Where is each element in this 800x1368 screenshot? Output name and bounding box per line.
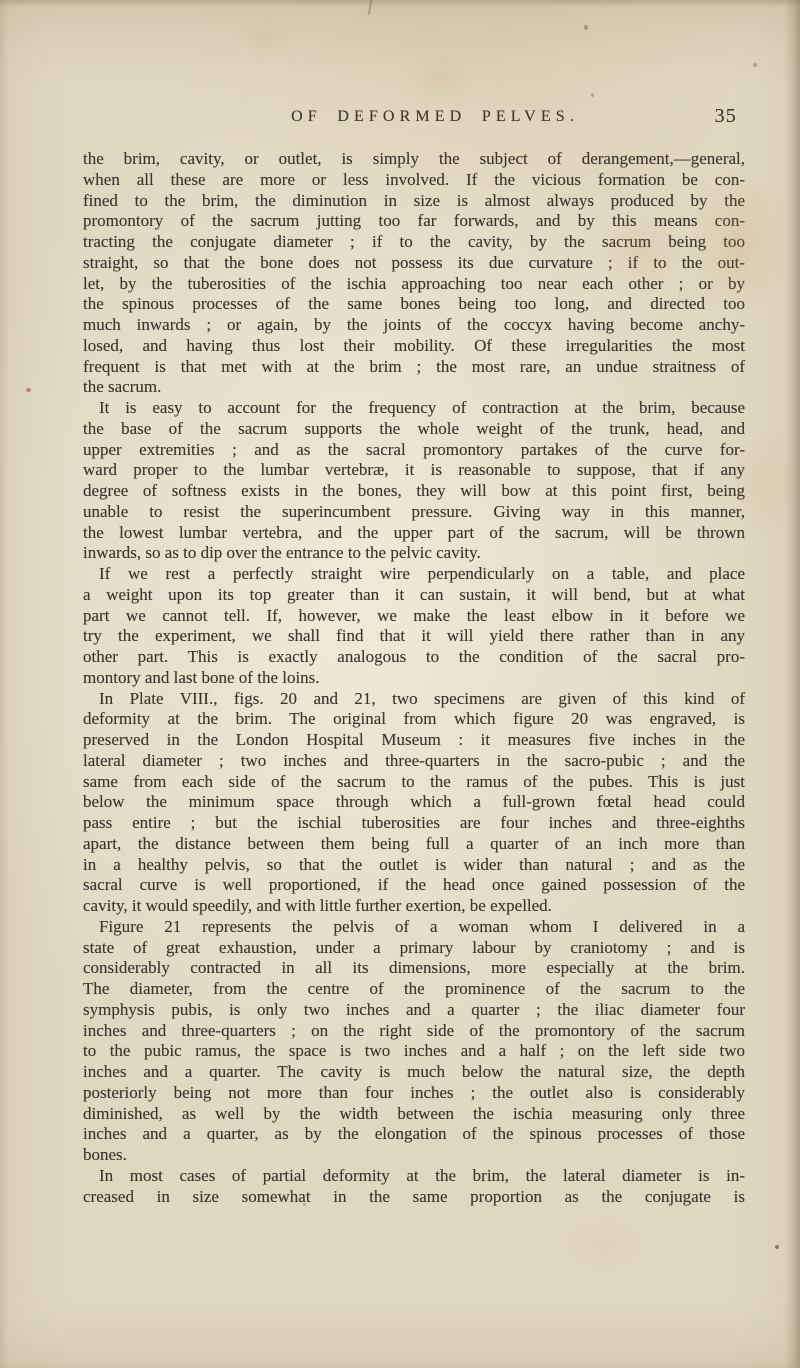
ink-speck (591, 93, 594, 97)
text-line: a weight upon its top greater than it ca… (83, 585, 745, 606)
text-line: pass entire ; but the ischial tuberositi… (83, 813, 745, 834)
text-line: inches and a quarter, as by the elongati… (83, 1124, 745, 1145)
running-header-title: OF DEFORMED PELVES. (83, 108, 745, 126)
book-page-scan: OF DEFORMED PELVES. 35 the brim, cavity,… (0, 0, 800, 1368)
text-line: bones. (83, 1145, 745, 1166)
text-line: montory and last bone of the loins. (83, 668, 745, 689)
text-line: when all these are more or less involved… (83, 170, 745, 191)
text-line: In Plate VIII., figs. 20 and 21, two spe… (83, 689, 745, 710)
text-line: sacral curve is well proportioned, if th… (83, 875, 745, 896)
text-line: the sacrum. (83, 377, 745, 398)
text-line: same from each side of the sacrum to the… (83, 772, 745, 793)
text-line: creased in size somewhat in the same pro… (83, 1187, 745, 1208)
text-line: deformity at the brim. The original from… (83, 709, 745, 730)
text-line: considerably contracted in all its dimen… (83, 958, 745, 979)
text-line: upper extremities ; and as the sacral pr… (83, 440, 745, 461)
text-line: inwards, so as to dip over the entrance … (83, 543, 745, 564)
text-line: part we cannot tell. If, however, we mak… (83, 606, 745, 627)
text-line: tracting the conjugate diameter ; if to … (83, 232, 745, 253)
ink-speck (26, 388, 31, 392)
ink-speck (753, 63, 757, 67)
text-line: posteriorly being not more than four inc… (83, 1083, 745, 1104)
text-line: much inwards ; or again, by the joints o… (83, 315, 745, 336)
text-line: the base of the sacrum supports the whol… (83, 419, 745, 440)
text-line: Figure 21 represents the pelvis of a wom… (83, 917, 745, 938)
text-line: It is easy to account for the frequency … (83, 398, 745, 419)
text-line: cavity, it would speedily, and with litt… (83, 896, 745, 917)
foxing-stain (236, 16, 291, 58)
text-line: losed, and having thus lost their mobili… (83, 336, 745, 357)
text-line: the brim, cavity, or outlet, is simply t… (83, 149, 745, 170)
running-header: OF DEFORMED PELVES. 35 (83, 108, 745, 134)
text-line: try the experiment, we shall find that i… (83, 626, 745, 647)
text-line: preserved in the London Hospital Museum … (83, 730, 745, 751)
page-edge-shadow (784, 0, 800, 1368)
text-line: the spinous processes of the same bones … (83, 294, 745, 315)
text-line: inches and three-quarters ; on the right… (83, 1021, 745, 1042)
text-line: If we rest a perfectly straight wire per… (83, 564, 745, 585)
text-line: diminished, as well by the width between… (83, 1104, 745, 1125)
text-line: lateral diameter ; two inches and three-… (83, 751, 745, 772)
text-line: inches and a quarter. The cavity is much… (83, 1062, 745, 1083)
text-line: In most cases of partial deformity at th… (83, 1166, 745, 1187)
text-line: promontory of the sacrum jutting too far… (83, 211, 745, 232)
text-line: The diameter, from the centre of the pro… (83, 979, 745, 1000)
foxing-stain (398, 52, 483, 110)
text-line: to the pubic ramus, the space is two inc… (83, 1041, 745, 1062)
text-line: state of great exhaustion, under a prima… (83, 938, 745, 959)
page-number: 35 (715, 105, 737, 128)
page-edge-shadow (0, 0, 9, 1368)
text-line: apart, the distance between them being f… (83, 834, 745, 855)
page-edge-shadow (0, 0, 800, 7)
text-line: straight, so that the bone does not poss… (83, 253, 745, 274)
text-line: degree of softness exists in the bones, … (83, 481, 745, 502)
text-line: in a healthy pelvis, so that the outlet … (83, 855, 745, 876)
text-line: fined to the brim, the diminution in siz… (83, 191, 745, 212)
text-line: the lowest lumbar vertebra, and the uppe… (83, 523, 745, 544)
text-line: symphysis pubis, is only two inches and … (83, 1000, 745, 1021)
ink-speck (775, 1245, 779, 1249)
text-line: ward proper to the lumbar vertebræ, it i… (83, 460, 745, 481)
text-line: unable to resist the superincumbent pres… (83, 502, 745, 523)
ink-speck (584, 25, 588, 30)
text-line: below the minimum space through which a … (83, 792, 745, 813)
foxing-stain (560, 1215, 650, 1275)
text-line: frequent is that met with at the brim ; … (83, 357, 745, 378)
text-line: let, by the tuberosities of the ischia a… (83, 274, 745, 295)
body-text: the brim, cavity, or outlet, is simply t… (83, 149, 745, 1207)
text-line: other part. This is exactly analogous to… (83, 647, 745, 668)
